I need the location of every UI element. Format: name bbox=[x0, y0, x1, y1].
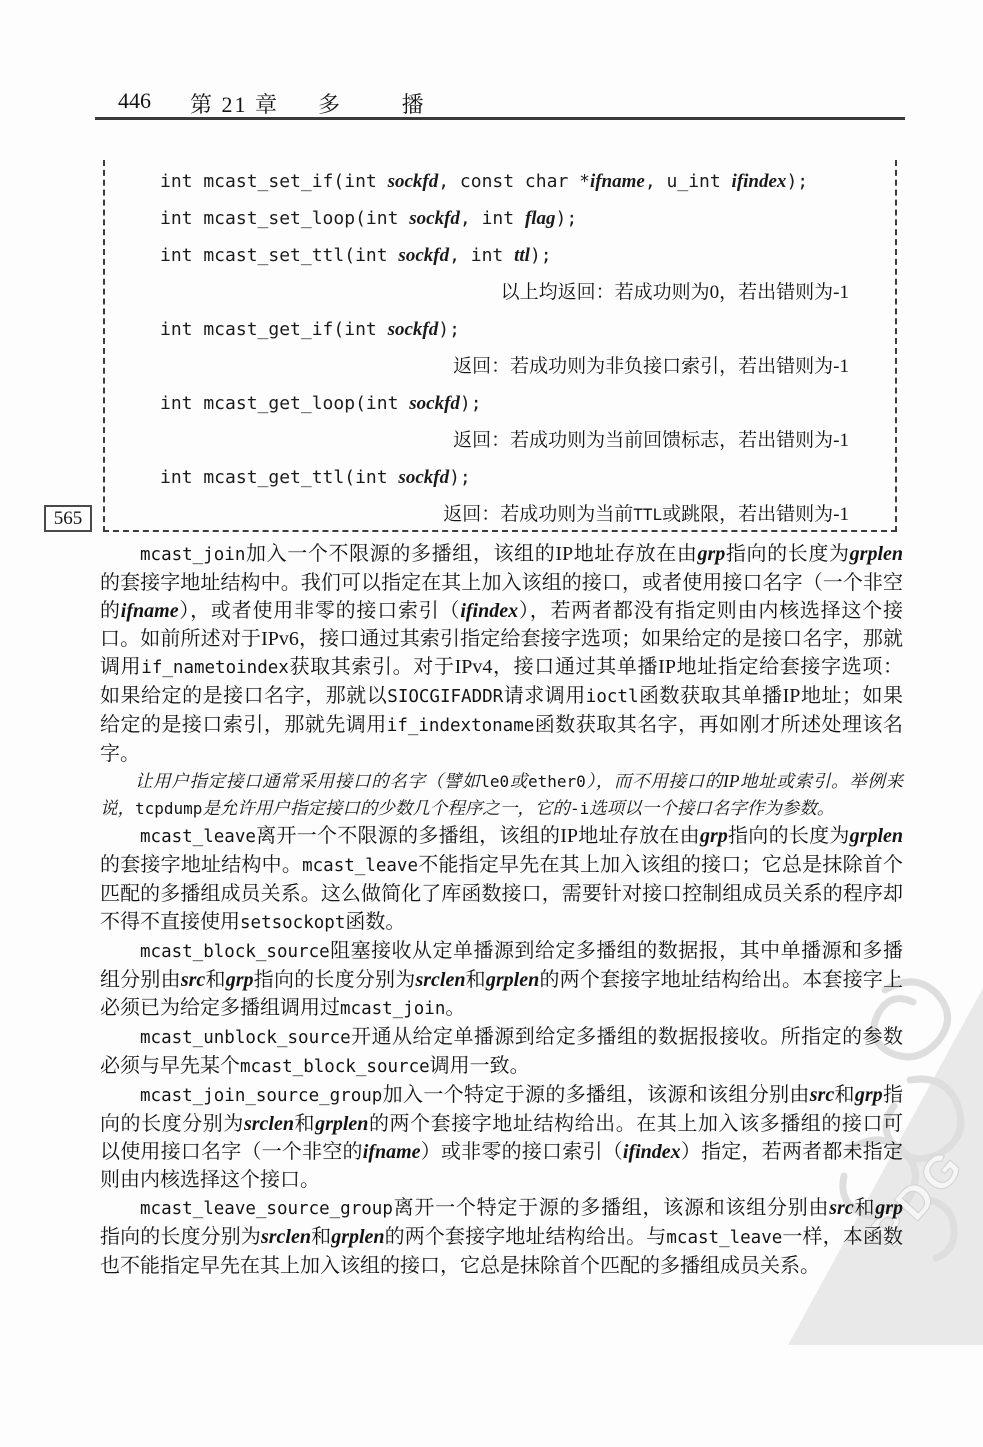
page-number: 446 bbox=[118, 88, 151, 114]
code-line: int mcast_get_ttl(int sockfd); bbox=[105, 466, 895, 489]
code-line: int mcast_get_loop(int sockfd); bbox=[105, 392, 895, 415]
paragraph-mcast-block-source: mcast_block_source阻塞接收从定单播源到给定多播组的数据报，其中… bbox=[100, 937, 903, 1023]
function-prototype-box: int mcast_set_if(int sockfd, const char … bbox=[103, 160, 897, 532]
return-annotation: 返回：若成功则为非负接口索引，若出错则为-1 bbox=[105, 355, 895, 378]
margin-page-marker: 565 bbox=[44, 505, 92, 532]
return-annotation: 返回：若成功则为当前回馈标志，若出错则为-1 bbox=[105, 429, 895, 452]
paragraph-mcast-unblock-source: mcast_unblock_source开通从给定单播源到给定多播组的数据报接收… bbox=[100, 1023, 903, 1081]
note-paragraph: 让用户指定接口通常采用接口的名字（譬如le0或ether0），而不用接口的IP地… bbox=[100, 768, 903, 822]
paragraph-mcast-join: mcast_join加入一个不限源的多播组，该组的IP地址存放在由grp指向的长… bbox=[100, 540, 903, 768]
chapter-title: 多 播 bbox=[318, 88, 443, 119]
body-text: mcast_join加入一个不限源的多播组，该组的IP地址存放在由grp指向的长… bbox=[100, 540, 903, 1280]
book-page-scan: PDG 446 第 21 章 多 播 int mcast_set_if(int … bbox=[0, 0, 983, 1447]
paragraph-mcast-leave: mcast_leave离开一个不限源的多播组，该组的IP地址存放在由grp指向的… bbox=[100, 822, 903, 937]
paragraph-mcast-join-source-group: mcast_join_source_group加入一个特定于源的多播组，该源和该… bbox=[100, 1081, 903, 1194]
header-rule bbox=[95, 117, 905, 120]
paragraph-mcast-leave-source-group: mcast_leave_source_group离开一个特定于源的多播组，该源和… bbox=[100, 1194, 903, 1280]
code-line: int mcast_set_loop(int sockfd, int flag)… bbox=[105, 207, 895, 230]
return-annotation: 以上均返回：若成功则为0，若出错则为-1 bbox=[105, 281, 895, 304]
code-line: int mcast_set_if(int sockfd, const char … bbox=[105, 170, 895, 193]
code-line: int mcast_get_if(int sockfd); bbox=[105, 318, 895, 341]
chapter-label: 第 21 章 bbox=[190, 88, 279, 119]
code-line: int mcast_set_ttl(int sockfd, int ttl); bbox=[105, 244, 895, 267]
return-annotation: 返回：若成功则为当前TTL或跳限，若出错则为-1 bbox=[105, 503, 895, 526]
